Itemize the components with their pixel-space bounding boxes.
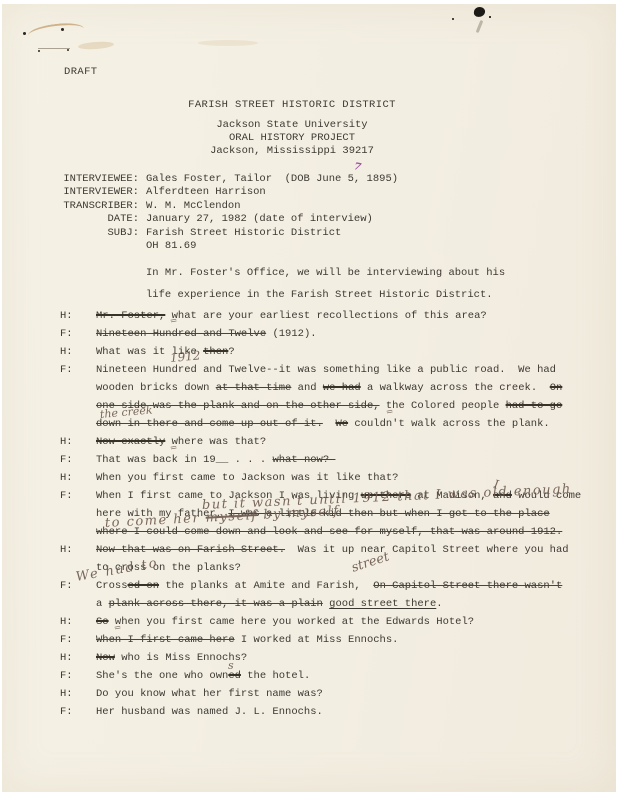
- dialogue-line: H:Now exactly where was that?: [60, 433, 581, 451]
- meta-row: DATE:January 27, 1982 (date of interview…: [63, 213, 398, 226]
- struck-out-text: We: [335, 418, 348, 430]
- struck-out-text: When I first came here: [96, 634, 235, 646]
- meta-label: SUBJ:: [63, 227, 139, 240]
- dialogue-text: wooden bricks down at that time and we h…: [96, 382, 562, 394]
- dialogue-text: Do you know what her first name was?: [96, 688, 323, 700]
- stain-streak-top-right: [476, 20, 484, 33]
- stain-top-left-arc: [27, 21, 85, 44]
- struck-out-text: then: [203, 346, 228, 358]
- dialogue-line: H:Now who is Miss Ennochs?: [60, 649, 581, 667]
- subtitle-project: ORAL HISTORY PROJECT: [2, 132, 582, 145]
- struck-out-text: I was a little kid then but when I got t…: [228, 508, 549, 520]
- dialogue-text: Now that was on Farish Street. Was it up…: [96, 544, 569, 556]
- speaker-label: F:: [60, 325, 96, 343]
- speaker-label: F:: [60, 487, 96, 505]
- speaker-label: F:: [60, 361, 96, 379]
- struck-out-text: ed on: [128, 580, 160, 592]
- dialogue-line: F:When I first came here I worked at Mis…: [60, 631, 581, 649]
- typed-text: wooden bricks down: [96, 382, 216, 394]
- meta-value: Gales Foster, Tailor (DOB June 5, 1895): [146, 173, 398, 186]
- typed-text: When I first came to Jackson I was livin…: [96, 490, 361, 502]
- dialogue-text: one side was the plank and on the other …: [96, 400, 562, 412]
- stain-dot: [67, 49, 69, 51]
- dialogue-text: Nineteen Hundred and Twelve--it was some…: [96, 364, 556, 376]
- document-page: DRAFT FARISH STREET HISTORIC DISTRICT Ja…: [2, 4, 616, 792]
- typed-text: who is Miss Ennochs?: [115, 652, 247, 664]
- typed-text: (1912).: [266, 328, 316, 340]
- dialogue-line: H:Now that was on Farish Street. Was it …: [60, 541, 581, 559]
- typed-text: here with my father,: [96, 508, 228, 520]
- typed-text: the Colored people: [380, 400, 506, 412]
- intro-paragraph: In Mr. Foster's Office, we will be inter…: [146, 262, 505, 306]
- meta-row: TRANSCRIBER:W. M. McClendon: [63, 200, 398, 213]
- title-block: FARISH STREET HISTORIC DISTRICT Jackson …: [2, 99, 582, 159]
- struck-out-text: down in there and come up out of it.: [96, 418, 323, 430]
- struck-out-text: plank across there, it was a plain: [109, 598, 323, 610]
- struck-out-text: where I could come down and look and see…: [96, 526, 562, 538]
- dialogue-line: F:That was back in 19__ . . . what now?: [60, 451, 581, 469]
- stain-top-left-line: [38, 48, 70, 52]
- struck-out-text: Now that was on Farish Street.: [96, 544, 285, 556]
- dialogue-line: H:When you first came to Jackson was it …: [60, 469, 581, 487]
- typed-text: and: [291, 382, 323, 394]
- meta-row: OH 81.69: [63, 240, 398, 253]
- dialogue-line: to cross on the planks?: [60, 559, 581, 577]
- typed-text: That was back in 19__ . . .: [96, 454, 272, 466]
- speaker-label: F:: [60, 577, 96, 595]
- struck-out-text: Now: [96, 652, 115, 664]
- dialogue-text: When you first came to Jackson was it li…: [96, 472, 398, 484]
- typed-text: the planks at Amite and Farish,: [159, 580, 373, 592]
- meta-label: DATE:: [63, 213, 139, 226]
- meta-row: SUBJ:Farish Street Historic District: [63, 227, 398, 240]
- speaker-label: H:: [60, 649, 96, 667]
- speaker-label: F:: [60, 667, 96, 685]
- speaker-label: F:: [60, 703, 96, 721]
- dialogue-transcript: H:Mr. Foster, what are your earliest rec…: [60, 307, 581, 721]
- dialogue-line: F:Nineteen Hundred and Twelve (1912).: [60, 325, 581, 343]
- dialogue-line: H:So when you first came here you worked…: [60, 613, 581, 631]
- intro-line: life experience in the Farish Street His…: [146, 284, 505, 306]
- struck-out-text: On Capitol Street there wasn't: [373, 580, 562, 592]
- struck-out-text: and: [493, 490, 512, 502]
- struck-out-text: had to go: [506, 400, 563, 412]
- typed-text: couldn't walk across the plank.: [348, 418, 550, 430]
- dialogue-text: When I first came here I worked at Miss …: [96, 634, 398, 646]
- dialogue-text: down in there and come up out of it. We …: [96, 418, 550, 430]
- struck-out-text: what now?: [272, 454, 335, 466]
- typed-text: Nineteen Hundred and Twelve--it was some…: [96, 364, 556, 376]
- dialogue-line: F:Her husband was named J. L. Ennochs.: [60, 703, 581, 721]
- meta-block: INTERVIEWEE:Gales Foster, Tailor (DOB Ju…: [63, 173, 398, 253]
- typed-text: when you first came here you worked at t…: [109, 616, 474, 628]
- struck-out-text: up there: [361, 490, 411, 502]
- stain-top-smudge: [198, 40, 258, 46]
- struck-out-text: Nineteen Hundred and Twelve: [96, 328, 266, 340]
- dialogue-text: Mr. Foster, what are your earliest recol…: [96, 310, 487, 322]
- meta-value: January 27, 1982 (date of interview): [146, 213, 373, 226]
- meta-label: INTERVIEWEE:: [63, 173, 139, 186]
- subtitle-university: Jackson State University: [2, 119, 582, 132]
- struck-out-text: So: [96, 616, 109, 628]
- dialogue-text: to cross on the planks?: [96, 562, 241, 574]
- struck-out-text: On: [550, 382, 563, 394]
- dialogue-text: Nineteen Hundred and Twelve (1912).: [96, 328, 317, 340]
- typed-text: She's the one who own: [96, 670, 228, 682]
- handwriting-dob-day-correction: 7: [353, 161, 362, 173]
- dialogue-line: F:When I first came to Jackson I was liv…: [60, 487, 581, 505]
- ink-blob-top-right: [473, 6, 485, 17]
- speaker-label: H:: [60, 469, 96, 487]
- stain-top-left-smudge: [78, 41, 114, 50]
- meta-value: Alferdteen Harrison: [146, 186, 266, 199]
- stain-dot: [489, 16, 491, 18]
- dialogue-line: F:Crossed on the planks at Amite and Far…: [60, 577, 581, 595]
- speaker-label: H:: [60, 343, 96, 361]
- struck-out-text: Mr. Foster,: [96, 310, 165, 322]
- scanned-transcript-screenshot: { "colors":{"paper":"#f3eee2","ink":"#3d…: [0, 0, 618, 800]
- dialogue-text: where I could come down and look and see…: [96, 526, 562, 538]
- meta-value: W. M. McClendon: [146, 200, 241, 213]
- dialogue-line: here with my father, I was a little kid …: [60, 505, 581, 523]
- typed-text: the hotel.: [241, 670, 310, 682]
- typed-text: Her husband was named J. L. Ennochs.: [96, 706, 323, 718]
- dialogue-line: F:Nineteen Hundred and Twelve--it was so…: [60, 361, 581, 379]
- meta-label: TRANSCRIBER:: [63, 200, 139, 213]
- typed-text: What was it like: [96, 346, 203, 358]
- stain-dot: [452, 18, 454, 20]
- typed-text: at Madison,: [411, 490, 493, 502]
- struck-out-text: ed: [228, 670, 241, 682]
- dialogue-line: H:What was it like then?: [60, 343, 581, 361]
- dialogue-text: Crossed on the planks at Amite and Faris…: [96, 580, 562, 592]
- document-title: FARISH STREET HISTORIC DISTRICT: [2, 99, 582, 111]
- typed-text: I worked at Miss Ennochs.: [235, 634, 399, 646]
- dialogue-text: When I first came to Jackson I was livin…: [96, 490, 581, 502]
- intro-line: In Mr. Foster's Office, we will be inter…: [146, 262, 505, 284]
- typed-text: ?: [228, 346, 234, 358]
- speaker-label: H:: [60, 307, 96, 325]
- typed-text: When you first came to Jackson was it li…: [96, 472, 398, 484]
- typed-text: Do you know what her first name was?: [96, 688, 323, 700]
- typed-text: [323, 418, 336, 430]
- underlined-text: good street there: [329, 598, 436, 610]
- struck-out-text: Now exactly: [96, 436, 165, 448]
- meta-label: [63, 240, 139, 253]
- meta-row: INTERVIEWER:Alferdteen Harrison: [63, 186, 398, 199]
- dialogue-text: What was it like then?: [96, 346, 235, 358]
- dialogue-line: H:Do you know what her first name was?: [60, 685, 581, 703]
- dialogue-text: So when you first came here you worked a…: [96, 616, 474, 628]
- typed-text: what are your earliest recollections of …: [165, 310, 486, 322]
- typed-text: would come: [512, 490, 581, 502]
- meta-row: INTERVIEWEE:Gales Foster, Tailor (DOB Ju…: [63, 173, 398, 186]
- struck-out-text: one side was the plank and on the other …: [96, 400, 380, 412]
- dialogue-text: Her husband was named J. L. Ennochs.: [96, 706, 323, 718]
- typed-text: where was that?: [165, 436, 266, 448]
- stain-dot: [61, 28, 64, 31]
- dialogue-text: Now who is Miss Ennochs?: [96, 652, 247, 664]
- speaker-label: H:: [60, 541, 96, 559]
- typed-text: Was it up near Capitol Street where you …: [285, 544, 569, 556]
- dialogue-text: Now exactly where was that?: [96, 436, 266, 448]
- stain-dot: [38, 50, 40, 52]
- speaker-label: F:: [60, 451, 96, 469]
- dialogue-text: here with my father, I was a little kid …: [96, 508, 550, 520]
- draft-label: DRAFT: [64, 66, 98, 78]
- meta-value: Farish Street Historic District: [146, 227, 341, 240]
- speaker-label: H:: [60, 433, 96, 451]
- speaker-label: F:: [60, 631, 96, 649]
- speaker-label: H:: [60, 613, 96, 631]
- dialogue-line: F:She's the one who owned the hotel.: [60, 667, 581, 685]
- typed-text: Cross: [96, 580, 128, 592]
- struck-out-text: at that time: [216, 382, 292, 394]
- dialogue-line: down in there and come up out of it. We …: [60, 415, 581, 433]
- typed-text: a walkway across the creek.: [361, 382, 550, 394]
- dialogue-line: wooden bricks down at that time and we h…: [60, 379, 581, 397]
- dialogue-text: She's the one who owned the hotel.: [96, 670, 310, 682]
- struck-out-text: we had: [323, 382, 361, 394]
- typed-text: .: [436, 598, 442, 610]
- dialogue-line: a plank across there, it was a plain goo…: [60, 595, 581, 613]
- typed-text: to cross on the planks?: [96, 562, 241, 574]
- meta-label: INTERVIEWER:: [63, 186, 139, 199]
- dialogue-text: a plank across there, it was a plain goo…: [96, 598, 443, 610]
- dialogue-line: H:Mr. Foster, what are your earliest rec…: [60, 307, 581, 325]
- subtitle-address: Jackson, Mississippi 39217: [2, 145, 582, 158]
- dialogue-line: one side was the plank and on the other …: [60, 397, 581, 415]
- stain-dot: [23, 32, 26, 35]
- dialogue-line: where I could come down and look and see…: [60, 523, 581, 541]
- meta-value: OH 81.69: [146, 240, 196, 253]
- dialogue-text: That was back in 19__ . . . what now?: [96, 454, 335, 466]
- speaker-label: H:: [60, 685, 96, 703]
- typed-text: a: [96, 598, 109, 610]
